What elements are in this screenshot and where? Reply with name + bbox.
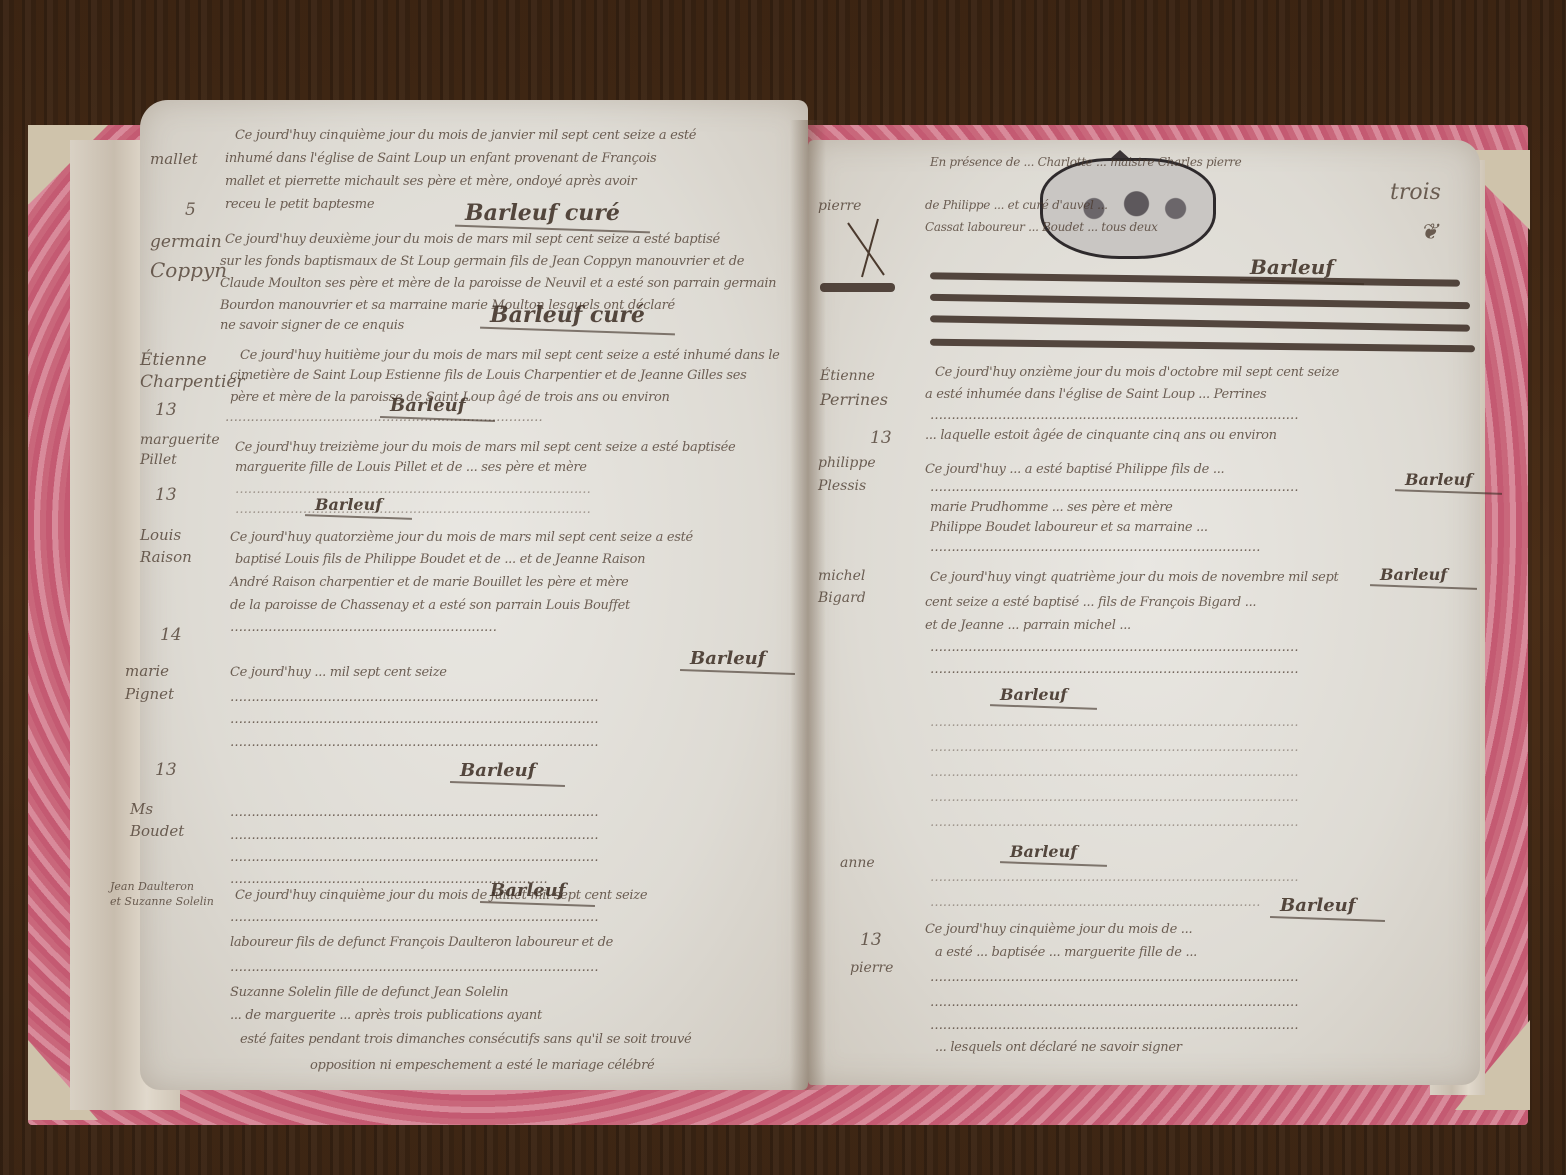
pine-cone-mark: ❦ bbox=[1420, 220, 1438, 245]
entry-line: ne savoir signer de ce enquis bbox=[220, 318, 404, 333]
entry-line: cent seize a esté baptisé ... fils de Fr… bbox=[925, 595, 1256, 610]
page-word: trois bbox=[1390, 180, 1441, 205]
entry-line: Ce jourd'huy cinquième jour du mois de j… bbox=[235, 128, 696, 143]
entry-line-illegible: …………………………………………………………………… bbox=[930, 895, 1260, 910]
margin-name: 13 bbox=[155, 400, 177, 420]
entry-line: Ce jourd'huy ... a esté baptisé Philippe… bbox=[925, 462, 1224, 477]
entry-line: André Raison charpentier et de marie Bou… bbox=[230, 575, 628, 590]
margin-name: 13 bbox=[155, 760, 177, 780]
entry-line-illegible: …………………………………………………………………………… bbox=[930, 480, 1298, 495]
cross-mark bbox=[840, 215, 890, 285]
entry-line-illegible: …………………………………………………………………………… bbox=[230, 960, 598, 975]
entry-line: En présence de ... Charlotte ... maistre… bbox=[930, 155, 1241, 169]
margin-name: Pillet bbox=[140, 452, 177, 468]
signature: Barleuf bbox=[1405, 470, 1472, 489]
margin-name: Coppyn bbox=[150, 258, 227, 282]
margin-name: pierre bbox=[850, 960, 893, 976]
entry-line-illegible: …………………………………………………………………………… bbox=[930, 870, 1298, 885]
margin-name: marguerite bbox=[140, 432, 220, 448]
margin-name: Pignet bbox=[125, 685, 174, 703]
signature: Barleuf bbox=[690, 648, 765, 669]
entry-line: de Philippe ... et curé d'auvel ... bbox=[925, 198, 1108, 212]
entry-line-illegible: …………………………………………………………………………… bbox=[230, 805, 598, 820]
entry-line: ... laquelle estoit âgée de cinquante ci… bbox=[925, 428, 1277, 443]
margin-name: Étienne bbox=[140, 350, 207, 370]
signature: Barleuf bbox=[1280, 895, 1355, 916]
entry-line: esté faites pendant trois dimanches cons… bbox=[240, 1032, 691, 1047]
entry-line: Ce jourd'huy ... mil sept cent seize bbox=[230, 665, 447, 680]
entry-line: Ce jourd'huy huitième jour du mois de ma… bbox=[240, 348, 780, 363]
entry-line: laboureur fils de defunct François Dault… bbox=[230, 935, 613, 950]
entry-line-illegible: …………………………………………………………………………… bbox=[230, 910, 598, 925]
entry-line-illegible: ………………………………………………………………………… bbox=[235, 482, 591, 497]
margin-name: Jean Daulteron bbox=[110, 880, 194, 893]
entry-line-illegible: …………………………………………………………………………… bbox=[930, 765, 1298, 780]
margin-name: Plessis bbox=[818, 478, 866, 494]
margin-name: michel bbox=[818, 568, 865, 584]
entry-line: a esté ... baptisée ... marguerite fille… bbox=[935, 945, 1197, 960]
entry-line: marie Prudhomme ... ses père et mère bbox=[930, 500, 1173, 515]
margin-name: Louis bbox=[140, 526, 181, 544]
margin-name: Perrines bbox=[820, 390, 888, 409]
entry-line: Ce jourd'huy quatorzième jour du mois de… bbox=[230, 530, 693, 545]
signature: Barleuf bbox=[490, 880, 565, 901]
margin-name: Charpentier bbox=[140, 372, 245, 392]
entry-line: mallet et pierrette michault ses père et… bbox=[225, 174, 636, 189]
margin-name: pierre bbox=[818, 198, 861, 214]
entry-line: inhumé dans l'église de Saint Loup un en… bbox=[225, 151, 656, 166]
entry-line-illegible: …………………………………………………………………………… bbox=[230, 712, 598, 727]
entry-line: Ce jourd'huy vingt quatrième jour du moi… bbox=[930, 570, 1338, 585]
entry-line-illegible: …………………………………………………………………………… bbox=[930, 1018, 1298, 1033]
entry-line: Ce jourd'huy treizième jour du mois de m… bbox=[235, 440, 735, 455]
entry-line: baptisé Louis fils de Philippe Boudet et… bbox=[235, 552, 645, 567]
entry-line-illegible: …………………………………………………………………………… bbox=[930, 740, 1298, 755]
entry-line: Ce jourd'huy cinquième jour du mois de j… bbox=[235, 888, 647, 903]
margin-name: Boudet bbox=[130, 822, 184, 840]
margin-name: Étienne bbox=[820, 368, 875, 384]
signature: Barleuf bbox=[1250, 255, 1334, 279]
signature: Barleuf bbox=[315, 495, 382, 514]
entry-line: Suzanne Solelin fille de defunct Jean So… bbox=[230, 985, 508, 1000]
entry-line: Ce jourd'huy onzième jour du mois d'octo… bbox=[935, 365, 1339, 380]
entry-line: de la paroisse de Chassenay et a esté so… bbox=[230, 598, 630, 613]
entry-line-illegible: …………………………………………………………………………… bbox=[930, 790, 1298, 805]
entry-line-illegible: …………………………………………………………………………… bbox=[230, 850, 598, 865]
entry-line-illegible: …………………………………………………………………………… bbox=[930, 640, 1298, 655]
signature: Barleuf bbox=[1380, 565, 1447, 584]
entry-line: cimetière de Saint Loup Estienne fils de… bbox=[230, 368, 747, 383]
entry-line: a esté inhumée dans l'église de Saint Lo… bbox=[925, 387, 1266, 402]
entry-line-illegible: …………………………………………………………………………… bbox=[930, 970, 1298, 985]
margin-name: germain bbox=[150, 232, 222, 252]
entry-line: sur les fonds baptismaux de St Loup germ… bbox=[220, 254, 744, 269]
entry-line: et de Jeanne ... parrain michel ... bbox=[925, 618, 1131, 633]
margin-name: anne bbox=[840, 855, 875, 871]
entry-line: opposition ni empeschement a esté le mar… bbox=[310, 1058, 654, 1073]
signature: Barleuf bbox=[460, 760, 535, 781]
entry-line: Ce jourd'huy deuxième jour du mois de ma… bbox=[225, 232, 720, 247]
margin-name: 5 bbox=[185, 200, 196, 220]
margin-name: Ms bbox=[130, 800, 153, 818]
signature: Barleuf bbox=[1000, 685, 1067, 704]
signature: Barleuf bbox=[1010, 842, 1077, 861]
entry-line: receu le petit baptesme bbox=[225, 197, 374, 212]
margin-name: Bigard bbox=[818, 590, 866, 606]
entry-line: ... de marguerite ... après trois public… bbox=[230, 1008, 542, 1023]
margin-name: mallet bbox=[150, 150, 198, 168]
entry-line-illegible: …………………………………………………………………………… bbox=[930, 715, 1298, 730]
strikeout-line bbox=[820, 283, 895, 292]
entry-line-illegible: …………………………………………………………………… bbox=[930, 540, 1260, 555]
margin-name: 13 bbox=[870, 428, 892, 448]
signature: Barleuf curé bbox=[490, 302, 645, 328]
entry-line-illegible: …………………………………………………………………………… bbox=[230, 735, 598, 750]
entry-line-illegible: ………………………………………………………………………… bbox=[235, 502, 591, 517]
entry-line-illegible: ……………………………………………………… bbox=[230, 620, 497, 635]
entry-line: Philippe Boudet laboureur et sa marraine… bbox=[930, 520, 1208, 535]
entry-line: ... lesquels ont déclaré ne savoir signe… bbox=[935, 1040, 1182, 1055]
entry-line-illegible: …………………………………………………………………………… bbox=[230, 690, 598, 705]
signature: Barleuf curé bbox=[465, 200, 620, 226]
entry-line: Ce jourd'huy cinquième jour du mois de .… bbox=[925, 922, 1192, 937]
signature: Barleuf bbox=[390, 395, 465, 416]
entry-line-illegible: …………………………………………………………………………… bbox=[930, 995, 1298, 1010]
entry-line: Claude Moulton ses père et mère de la pa… bbox=[220, 276, 776, 291]
entry-line-illegible: …………………………………………………………………………… bbox=[930, 815, 1298, 830]
margin-name: et Suzanne Solelin bbox=[110, 895, 214, 908]
entry-line: marguerite fille de Louis Pillet et de .… bbox=[235, 460, 587, 475]
entry-line-illegible: …………………………………………………………………………… bbox=[930, 662, 1298, 677]
margin-name: 13 bbox=[155, 485, 177, 505]
entry-line: Cassat laboureur ... Boudet ... tous deu… bbox=[925, 220, 1158, 234]
entry-line-illegible: …………………………………………………………………………… bbox=[230, 828, 598, 843]
margin-name: 14 bbox=[160, 625, 182, 645]
margin-name: marie bbox=[125, 662, 169, 680]
margin-name: 13 bbox=[860, 930, 882, 950]
margin-name: philippe bbox=[818, 455, 876, 471]
margin-name: Raison bbox=[140, 548, 192, 566]
entry-line-illegible: …………………………………………………………………………… bbox=[930, 408, 1298, 423]
